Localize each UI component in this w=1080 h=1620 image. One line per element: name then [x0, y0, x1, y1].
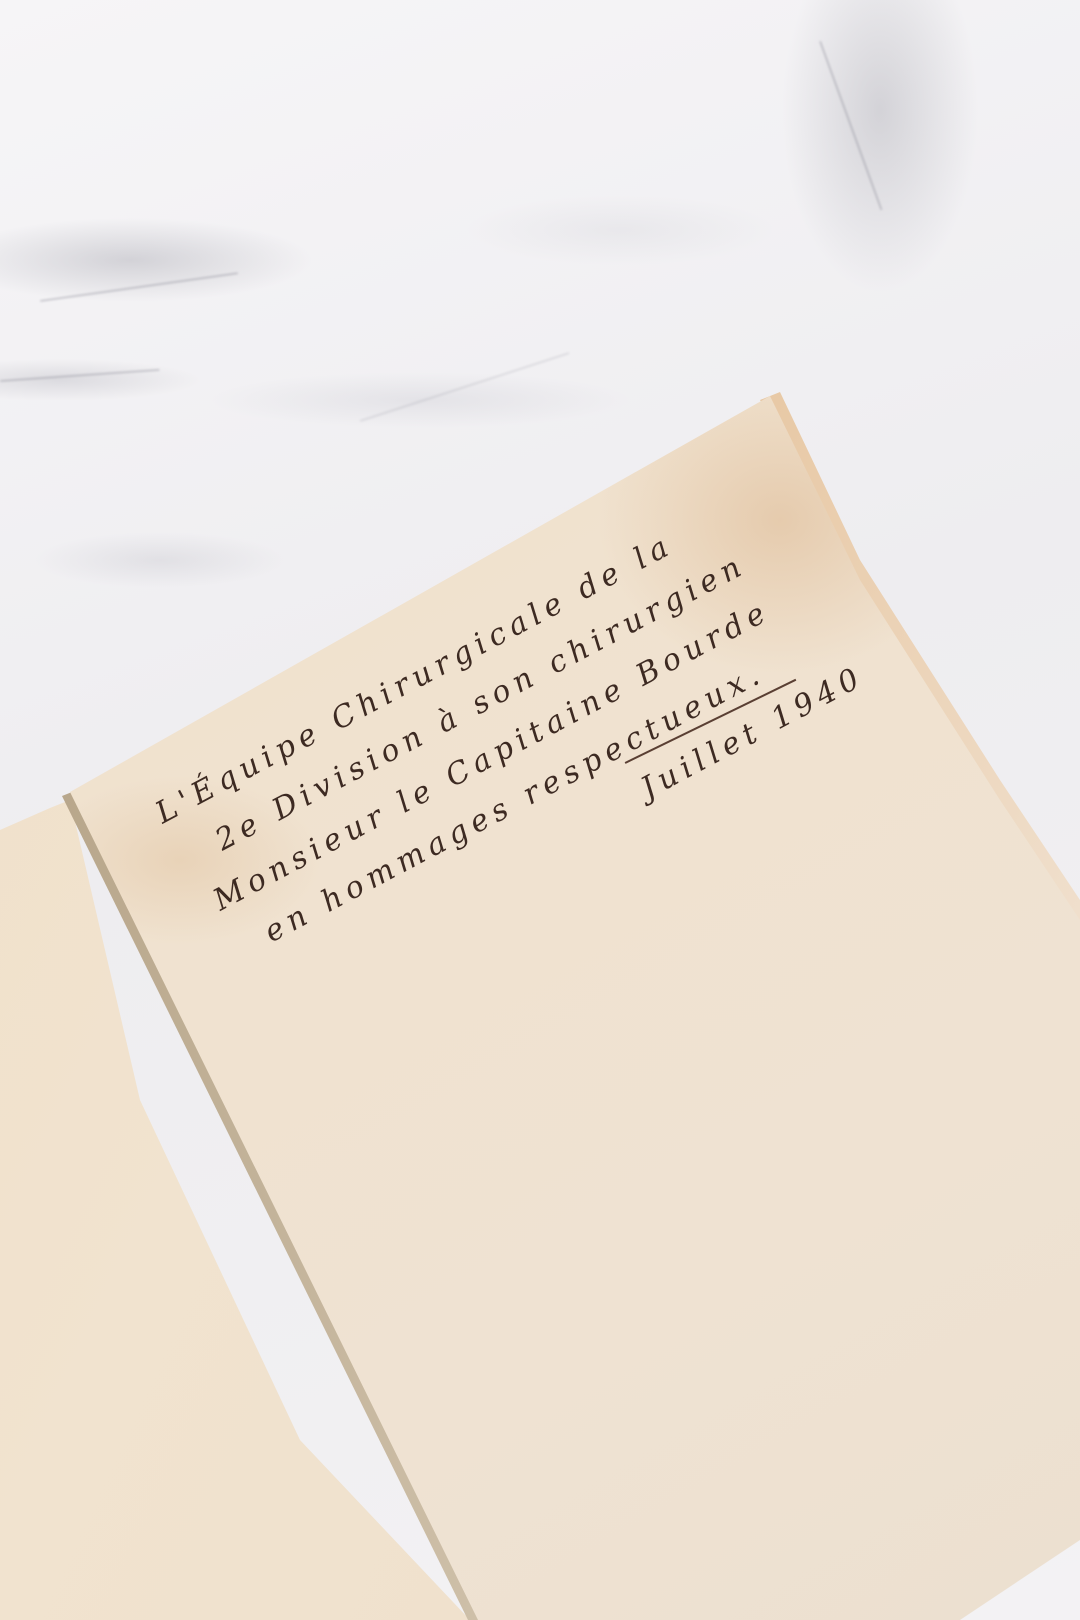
- marble-vein: [0, 369, 160, 382]
- marble-vein: [40, 272, 238, 302]
- marble-vein: [819, 41, 882, 211]
- marble-vein: [360, 352, 570, 422]
